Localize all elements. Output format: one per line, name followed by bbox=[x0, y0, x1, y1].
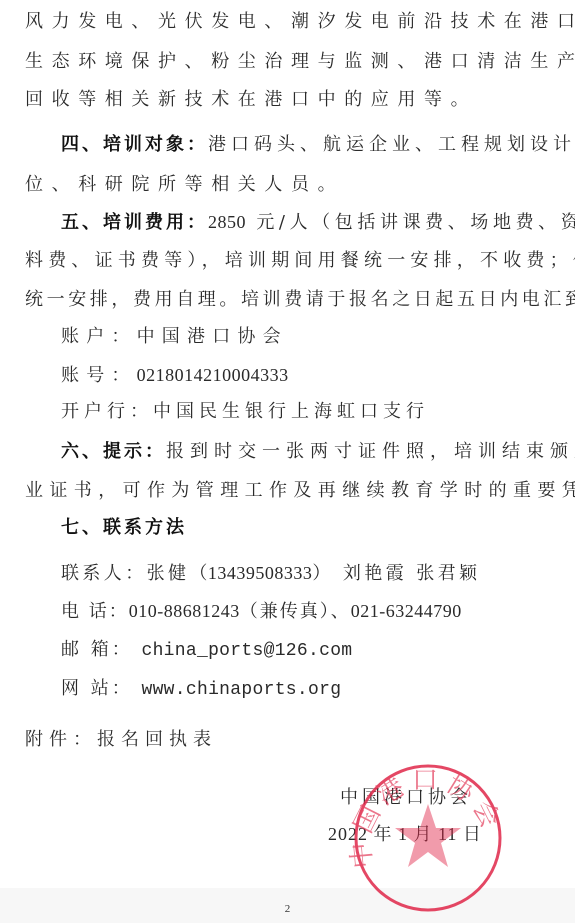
body-line: 统一安排，费用自理。培训费请于报名之日起五日内电汇到： bbox=[25, 288, 550, 312]
contact-others: 刘艳霞 张君颖 bbox=[343, 563, 481, 584]
section-text: 元/人（包括讲课费、场地费、资 bbox=[246, 212, 575, 233]
phone-2: 021-63244790 bbox=[351, 601, 462, 621]
section-heading: 五、培训费用： bbox=[61, 212, 208, 233]
attachment-name: 报名回执表 bbox=[97, 729, 217, 750]
account-name-value: 中国港口协会 bbox=[137, 326, 288, 347]
bank-row: 开户行：中国民生银行上海虹口支行 bbox=[61, 400, 575, 424]
section-training-fee: 五、培训费用：2850 元/人（包括讲课费、场地费、资 bbox=[61, 210, 575, 235]
section-contact: 七、联系方法 bbox=[61, 516, 575, 540]
body-line: 位、科研院所等相关人员。 bbox=[25, 173, 550, 197]
account-number-value: 0218014210004333 bbox=[137, 365, 289, 385]
account-name-label: 账户： bbox=[61, 326, 137, 347]
section-heading: 四、培训对象： bbox=[61, 134, 208, 155]
fee-amount: 2850 bbox=[208, 212, 246, 232]
section-heading: 六、提示： bbox=[61, 441, 166, 462]
contact-phone: （13439508333） bbox=[189, 563, 331, 583]
phone-1-note: （兼传真）、 bbox=[240, 601, 351, 622]
email-row: 邮 箱： china_ports@126.com bbox=[61, 638, 575, 663]
section-text: 报到时交一张两寸证件照，培训结束颁发结 bbox=[166, 441, 575, 462]
section-text: 港口码头、航运企业、工程规划设计单 bbox=[208, 134, 575, 155]
section-heading: 七、联系方法 bbox=[61, 517, 187, 538]
website-link[interactable]: www.chinaports.org bbox=[141, 680, 341, 700]
section-training-target: 四、培训对象：港口码头、航运企业、工程规划设计单 bbox=[61, 133, 575, 157]
body-line: 生态环境保护、粉尘治理与监测、港口清洁生产、机械能量 bbox=[25, 50, 550, 74]
account-number-label: 账号： bbox=[61, 365, 137, 386]
bank-label: 开户行： bbox=[61, 401, 153, 422]
body-line: 业证书，可作为管理工作及再继续教育学时的重要凭证。 bbox=[25, 479, 550, 503]
phone-label: 电 话： bbox=[61, 601, 129, 622]
attachment-label: 附件： bbox=[25, 729, 97, 750]
body-line: 风力发电、光伏发电、潮汐发电前沿技术在港口中的应用； bbox=[25, 10, 550, 34]
body-line: 料费、证书费等），培训期间用餐统一安排，不收费；住宿 bbox=[25, 249, 550, 273]
body-line: 回收等相关新技术在港口中的应用等。 bbox=[25, 88, 550, 112]
official-seal-stamp: 中国港口协会 bbox=[348, 758, 508, 918]
section-notice: 六、提示：报到时交一张两寸证件照，培训结束颁发结 bbox=[61, 440, 575, 464]
website-label: 网 站： bbox=[61, 678, 133, 699]
document-page: 风力发电、光伏发电、潮汐发电前沿技术在港口中的应用； 生态环境保护、粉尘治理与监… bbox=[0, 0, 575, 923]
phone-row: 电 话：010-88681243（兼传真）、021-63244790 bbox=[61, 599, 575, 624]
attachment-row: 附件：报名回执表 bbox=[25, 728, 550, 752]
email-label: 邮 箱： bbox=[61, 639, 133, 660]
phone-1: 010-88681243 bbox=[129, 601, 240, 621]
email-link[interactable]: china_ports@126.com bbox=[141, 641, 352, 661]
contact-primary: 张健 bbox=[147, 563, 190, 584]
account-name-row: 账户：中国港口协会 bbox=[61, 325, 575, 349]
account-number-row: 账号：0218014210004333 bbox=[61, 363, 575, 388]
contact-label: 联系人： bbox=[61, 563, 147, 584]
bank-value: 中国民生银行上海虹口支行 bbox=[153, 401, 429, 422]
star-icon bbox=[395, 804, 461, 867]
website-row: 网 站： www.chinaports.org bbox=[61, 677, 575, 702]
contact-person-row: 联系人：张健（13439508333）刘艳霞 张君颖 bbox=[61, 561, 575, 586]
